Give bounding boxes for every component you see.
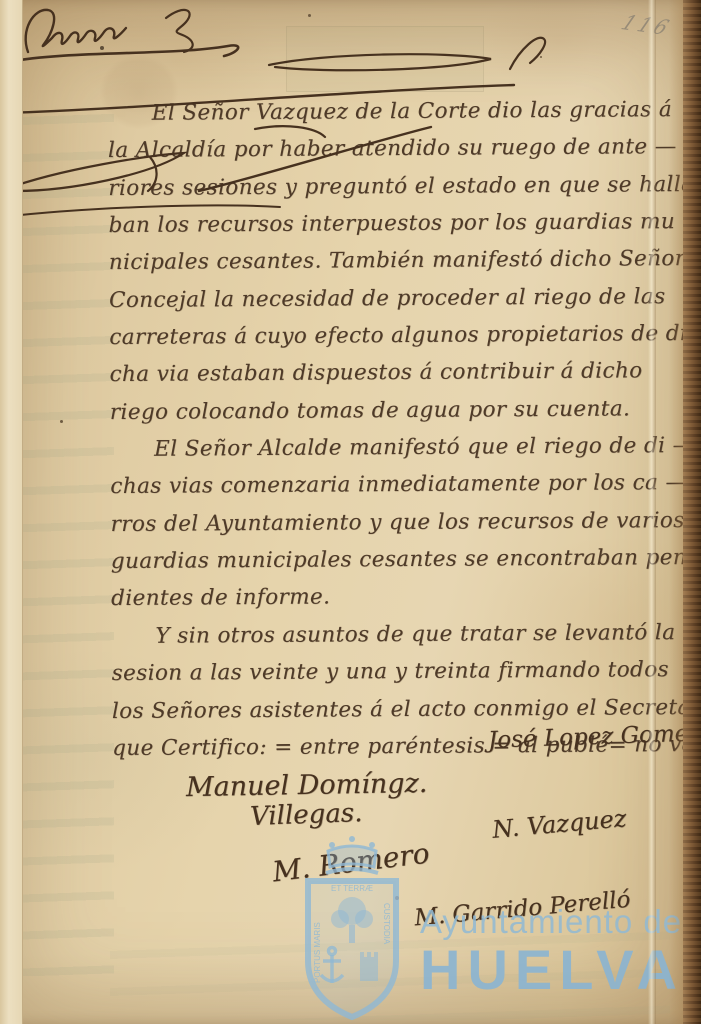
signature-dominguez: Manuel Domíngz. [186,768,428,803]
book-binding-edge [683,0,701,1024]
page-fold-crease [648,0,656,1024]
signature-rubric-flourish [0,0,260,75]
signature-villegas-flourish [0,79,520,119]
signatures-block: José Lopez Gomez Manuel Domíngz. Villega… [0,0,701,1024]
page-left-edge [0,0,23,1024]
signature-lopez-gomez-flourish [265,49,497,75]
signature-romero-flourish [195,123,435,195]
signature-vazquez-flourish [0,149,190,195]
binding-shadow [669,0,683,1024]
signature-romero: M. Romero [271,837,432,889]
signature-villegas: Villegas. [250,798,363,832]
signature-garrido: M. Garrido Perelló [413,887,631,932]
signature-vazquez: N. Vazquez [491,804,627,844]
signature-dominguez-flourish [502,29,550,75]
manuscript-page: 116 El Señor Vazquez de la Corte dio las… [0,0,701,1024]
signature-garrido-flourish [0,199,284,221]
